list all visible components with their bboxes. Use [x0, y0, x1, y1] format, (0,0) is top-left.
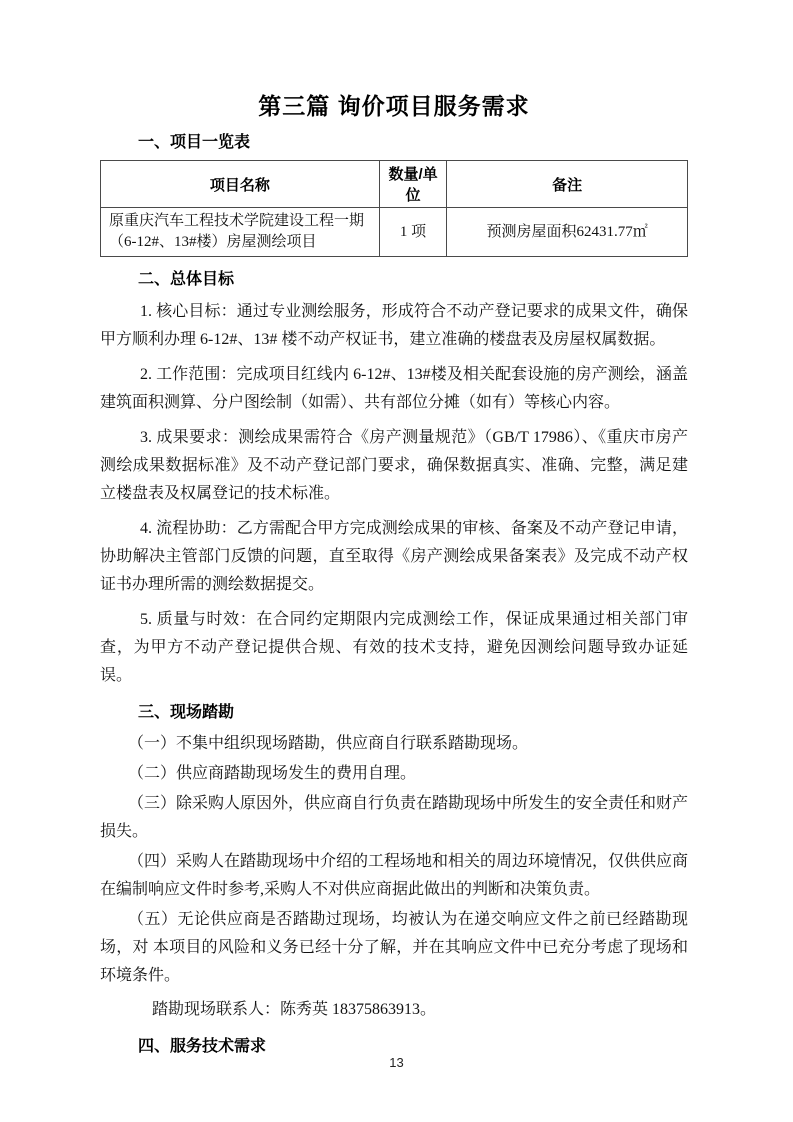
site-survey-item-3: （三）除采购人原因外，供应商自行负责在踏勘现场中所发生的安全责任和财产损失。: [100, 790, 688, 846]
section-heading-overall-goals: 二、总体目标: [100, 269, 688, 291]
site-survey-item-5: （五）无论供应商是否踏勘过现场，均被认为在递交响应文件之前已经踏勘现场，对 本项…: [100, 906, 688, 990]
site-survey-item-2: （二）供应商踏勘现场发生的费用自理。: [100, 760, 688, 788]
table-row: 原重庆汽车工程技术学院建设工程一期（6-12#、13#楼）房屋测绘项目 1 项 …: [101, 208, 688, 257]
table-header-remark: 备注: [447, 161, 688, 208]
section-heading-project-overview: 一、项目一览表: [100, 132, 688, 154]
site-survey-contact: 踏勘现场联系人：陈秀英 18375863913。: [100, 996, 688, 1024]
goal-paragraph-core: 1. 核心目标：通过专业测绘服务，形成符合不动产登记要求的成果文件，确保甲方顺利…: [100, 298, 688, 354]
document-page: 第三篇 询价项目服务需求 一、项目一览表 项目名称 数量/单位 备注 原重庆汽车…: [0, 0, 793, 1122]
cell-quantity: 1 项: [379, 208, 447, 257]
cell-project-name: 原重庆汽车工程技术学院建设工程一期（6-12#、13#楼）房屋测绘项目: [101, 208, 380, 257]
project-overview-table: 项目名称 数量/单位 备注 原重庆汽车工程技术学院建设工程一期（6-12#、13…: [100, 160, 688, 257]
page-number: 13: [0, 1055, 793, 1070]
table-header-row: 项目名称 数量/单位 备注: [101, 161, 688, 208]
goal-paragraph-quality-time: 5. 质量与时效：在合同约定期限内完成测绘工作，保证成果通过相关部门审查，为甲方…: [100, 606, 688, 690]
table-header-quantity-unit: 数量/单位: [379, 161, 447, 208]
goal-paragraph-process-assist: 4. 流程协助：乙方需配合甲方完成测绘成果的审核、备案及不动产登记申请，协助解决…: [100, 515, 688, 599]
site-survey-item-4: （四）采购人在踏勘现场中介绍的工程场地和相关的周边环境情况，仅供供应商在编制响应…: [100, 848, 688, 904]
page-title: 第三篇 询价项目服务需求: [100, 90, 688, 122]
goal-paragraph-scope: 2. 工作范围：完成项目红线内 6-12#、13#楼及相关配套设施的房产测绘，涵…: [100, 361, 688, 417]
section-heading-site-survey: 三、现场踏勘: [100, 702, 688, 724]
cell-remark: 预测房屋面积62431.77㎡: [447, 208, 688, 257]
table-header-project-name: 项目名称: [101, 161, 380, 208]
goal-paragraph-deliverables: 3. 成果要求：测绘成果需符合《房产测量规范》（GB/T 17986）、《重庆市…: [100, 424, 688, 508]
site-survey-item-1: （一）不集中组织现场踏勘，供应商自行联系踏勘现场。: [100, 730, 688, 758]
